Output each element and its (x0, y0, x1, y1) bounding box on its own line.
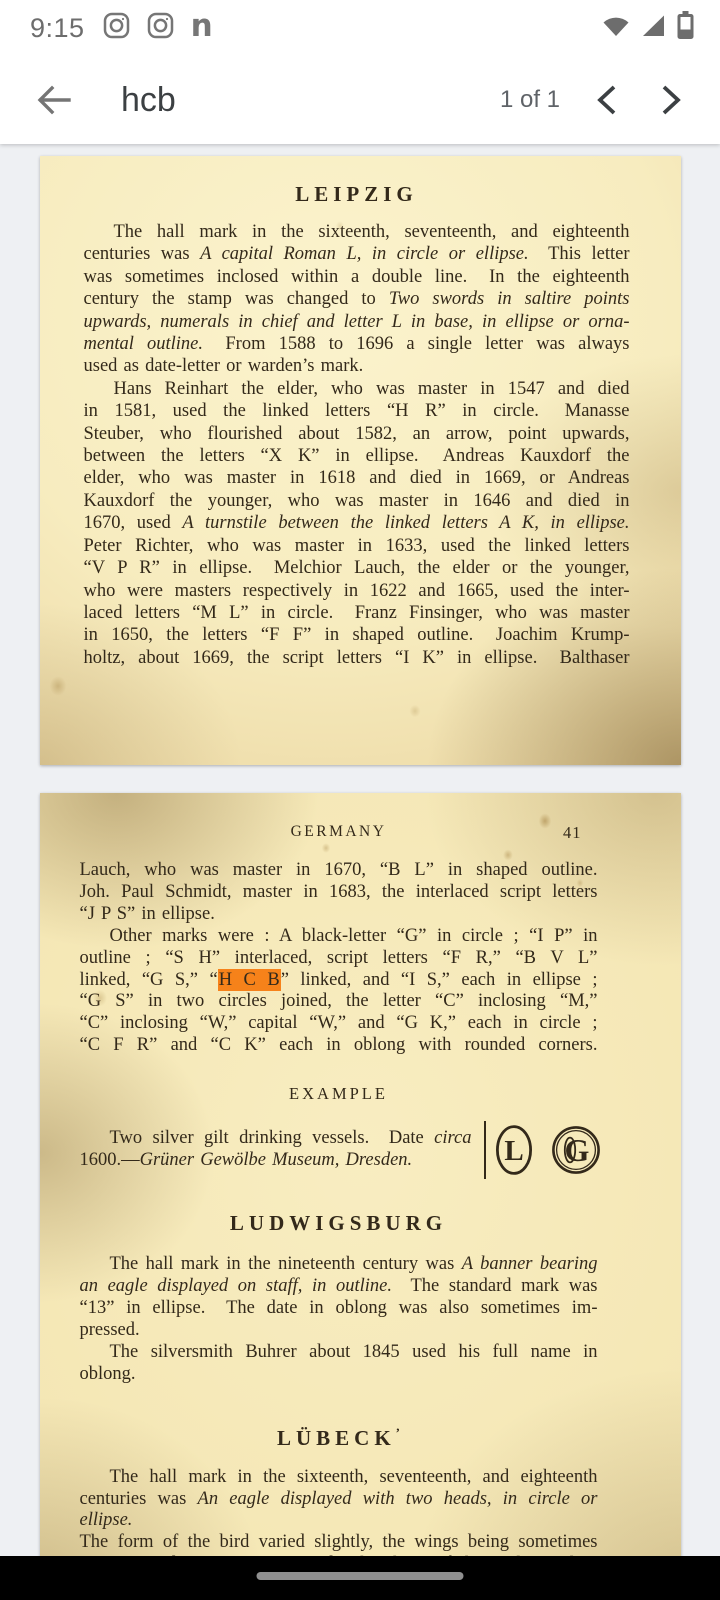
book-text-line: The silversmith Buhrer about 1845 used h… (80, 1342, 598, 1364)
battery-icon (677, 11, 694, 45)
book-text-line: 1600.—Grüner Gewölbe Museum, Dresden. (80, 1150, 472, 1172)
book-text-line: centuries was An eagle displayed with tw… (80, 1489, 598, 1533)
book-text-line: Two silver gilt drinking vessels. Date c… (80, 1128, 472, 1150)
book-text-line: 1670, used A turnstile between the linke… (84, 512, 630, 534)
book-text-line: “C” inclosing “W,” capital “W,” and “G K… (80, 1013, 598, 1035)
book-text-line: outline ; “S H” interlaced, script lette… (80, 948, 598, 970)
book-text-line: “G S” in two circles joined, the letter … (80, 991, 598, 1013)
book-text-line: “J P S” in ellipse. (80, 904, 598, 926)
book-text-line: was sometimes inclosed within a double l… (84, 266, 630, 288)
book-text-line: mental outline. From 1588 to 1696 a sing… (84, 333, 630, 355)
chevron-left-icon (594, 84, 620, 116)
book-text-line: upwards, numerals in chief and letter L … (84, 311, 630, 333)
example-figure: Two silver gilt drinking vessels. Date c… (80, 1121, 598, 1179)
chevron-right-icon (658, 84, 684, 116)
book-text-line: Kauxdorf the younger, who was master in … (84, 490, 630, 512)
figure-divider (484, 1121, 486, 1179)
book-text-line: “V P R” in ellipse. Melchior Lauch, the … (84, 557, 630, 579)
book-text-line: The hall mark in the sixteenth, seventee… (84, 221, 630, 243)
book-text-line: Hans Reinhart the elder, who was master … (84, 378, 630, 400)
status-bar: 9:15 n (0, 0, 720, 56)
instagram-icon (103, 12, 130, 44)
book-text-line: The hall mark in the sixteenth, seventee… (80, 1467, 598, 1489)
book-text-line: an eagle displayed on staff, in outline.… (80, 1276, 598, 1298)
document-scroll-area[interactable]: LEIPZIGThe hall mark in the sixteenth, s… (0, 144, 720, 1593)
book-text-line: The hall mark in the nineteenth century … (80, 1254, 598, 1276)
nova-icon: n (191, 11, 213, 42)
book-text-line: laced letters “M L” in circle. Franz Fin… (84, 602, 630, 624)
book-text-line: century the stamp was changed to Two swo… (84, 288, 630, 310)
book-text-line: used as date-letter or warden’s mark. (84, 355, 630, 377)
signal-icon (641, 14, 666, 43)
svg-text:G: G (564, 1132, 589, 1168)
running-head-title: GERMANY (80, 823, 598, 841)
book-text-line: holtz, about 1669, the script letters “I… (84, 647, 630, 669)
book-text-line: Lauch, who was master in 1670, “B L” in … (80, 860, 598, 882)
book-text-line: in 1581, used the linked letters “H R” i… (84, 400, 630, 422)
running-head: GERMANY41 (80, 823, 598, 843)
section-heading: LUDWIGSBURG (80, 1211, 598, 1235)
book-text-line: centuries was A capital Roman L, in circ… (84, 243, 630, 265)
section-heading: LEIPZIG (84, 182, 630, 206)
instagram-icon (147, 12, 174, 44)
search-highlight: H C B (218, 969, 281, 991)
book-text-line: “13” in ellipse. The date in oblong was … (80, 1298, 598, 1320)
book-page-leipzig: LEIPZIGThe hall mark in the sixteenth, s… (40, 156, 681, 765)
book-page-germany-41: GERMANY41Lauch, who was master in 1670, … (40, 793, 681, 1593)
book-text-line: Joh. Paul Schmidt, master in 1683, the i… (80, 882, 598, 904)
back-arrow-icon (36, 84, 72, 116)
book-text-line: elder, who was master in 1618 and died i… (84, 467, 630, 489)
book-text-line: pressed. (80, 1320, 598, 1342)
search-toolbar: hcb 1 of 1 (0, 56, 720, 144)
hallmark-symbols: LG (494, 1124, 601, 1176)
notification-icons: n (103, 12, 213, 44)
next-result-button[interactable] (652, 78, 690, 122)
search-result-count: 1 of 1 (500, 86, 560, 114)
search-query-input[interactable]: hcb (121, 81, 176, 120)
page-number: 41 (563, 823, 582, 843)
clock: 9:15 (30, 13, 85, 44)
gesture-nav-bar (0, 1556, 720, 1600)
back-button[interactable] (36, 84, 72, 116)
section-heading: LÜBECK’ (80, 1421, 598, 1450)
book-text-line: Other marks were : A black-letter “G” in… (80, 926, 598, 948)
svg-text:L: L (504, 1135, 523, 1167)
example-heading: EXAMPLE (80, 1084, 598, 1104)
book-text-line: in 1650, the letters “F F” in shaped out… (84, 624, 630, 646)
book-text-line: oblong. (80, 1364, 598, 1386)
hallmark-L-oval-icon: L (494, 1124, 534, 1176)
book-text-line: who were masters respectively in 1622 an… (84, 580, 630, 602)
hallmark-G-circle-icon: G (551, 1125, 601, 1175)
book-text-line: “C F R” and “C K” each in oblong with ro… (80, 1035, 598, 1057)
book-text-line: Steuber, who flourished about 1582, an a… (84, 423, 630, 445)
wifi-icon (602, 14, 630, 43)
home-indicator[interactable] (257, 1572, 464, 1580)
book-text-line: between the letters “X K” in ellipse. An… (84, 445, 630, 467)
book-text-line: The form of the bird varied slightly, th… (80, 1532, 598, 1554)
app-header: 9:15 n (0, 0, 720, 144)
book-text-line: linked, “G S,” “H C B” linked, and “I S,… (80, 970, 598, 992)
status-icons-right (602, 11, 694, 45)
previous-result-button[interactable] (588, 78, 626, 122)
footnote-mark: ’ (396, 1425, 400, 1440)
book-text-line: Peter Richter, who was master in 1633, u… (84, 535, 630, 557)
